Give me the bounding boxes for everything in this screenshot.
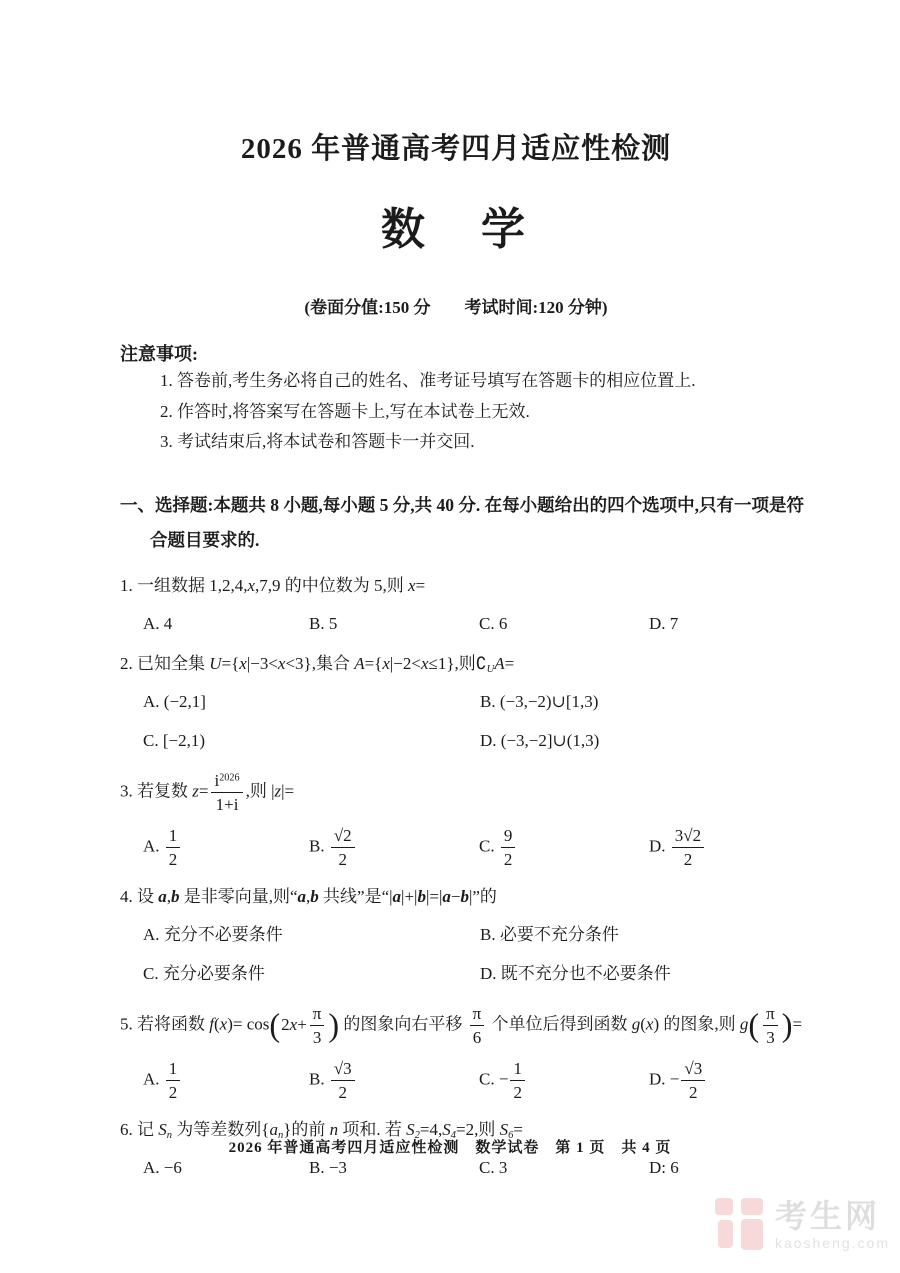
exam-meta: (卷面分值:150 分 考试时间:120 分钟) — [120, 293, 792, 318]
question-1-option-c: C. 6 — [479, 612, 649, 636]
notice-item-1: 1. 答卷前,考生务必将自己的姓名、准考证号填写在答题卡的相应位置上. — [120, 366, 792, 397]
question-3-option-c: C. 92 — [479, 826, 649, 869]
question-5-option-b: B. √32 — [309, 1059, 479, 1102]
watermark: 考生网 kaosheng.com — [715, 1198, 890, 1252]
question-1-option-d: D. 7 — [649, 612, 792, 636]
question-3-option-d: D. 3√22 — [649, 826, 792, 869]
question-2: 2. 已知全集 U={x|−3<x<3},集合 A={x|−2<x≤1},则∁U… — [120, 652, 792, 753]
question-5-option-d: D. −√32 — [649, 1059, 792, 1102]
question-3-stem: 3. 若复数 z=i20261+i,则 |z|= — [120, 769, 792, 816]
question-4-option-a: A. 充分不必要条件 — [143, 923, 480, 947]
notice-item-2: 2. 作答时,将答案写在答题卡上,写在本试卷上无效. — [120, 397, 792, 428]
question-1-stem: 1. 一组数据 1,2,4,x,7,9 的中位数为 5,则 x= — [120, 574, 792, 598]
exam-title: 2026 年普通高考四月适应性检测 — [120, 0, 792, 167]
notice-item-3: 3. 考试结束后,将本试卷和答题卡一并交回. — [120, 427, 792, 458]
subject-title: 数 学 — [120, 193, 792, 257]
question-5-option-a: A. 12 — [143, 1059, 309, 1102]
question-5-option-c: C. −12 — [479, 1059, 649, 1102]
question-2-option-d: D. (−3,−2]∪(1,3) — [480, 729, 792, 753]
question-6-option-a: A. −6 — [143, 1156, 309, 1180]
notice-heading: 注意事项: — [120, 340, 792, 366]
question-6-options: A. −6 B. −3 C. 3 D: 6 — [120, 1156, 792, 1180]
question-5: 5. 若将函数 f(x)= cos2x+π3 的图象向右平移 π6 个单位后得到… — [120, 1002, 792, 1102]
question-2-stem: 2. 已知全集 U={x|−3<x<3},集合 A={x|−2<x≤1},则∁U… — [120, 652, 792, 676]
question-4-option-c: C. 充分必要条件 — [143, 962, 480, 986]
question-4-option-d: D. 既不充分也不必要条件 — [480, 962, 792, 986]
question-2-option-b: B. (−3,−2)∪[1,3) — [480, 690, 792, 714]
question-3-option-b: B. √22 — [309, 826, 479, 869]
exam-content: 2026 年普通高考四月适应性检测 数 学 (卷面分值:150 分 考试时间:1… — [0, 0, 900, 1180]
question-1-options: A. 4 B. 5 C. 6 D. 7 — [120, 612, 792, 636]
watermark-text: 考生网 kaosheng.com — [775, 1200, 890, 1251]
question-1-option-a: A. 4 — [143, 612, 309, 636]
section-heading-line2: 合题目要求的. — [120, 523, 792, 558]
kaosheng-logo-icon — [715, 1198, 765, 1252]
question-2-option-a: A. (−2,1] — [143, 690, 480, 714]
notice-section: 注意事项: 1. 答卷前,考生务必将自己的姓名、准考证号填写在答题卡的相应位置上… — [120, 340, 792, 458]
question-4-option-b: B. 必要不充分条件 — [480, 923, 792, 947]
question-4: 4. 设 a,b 是非零向量,则“a,b 共线”是“|a|+|b|=|a−b|”… — [120, 885, 792, 986]
section-heading-line1: 一、选择题:本题共 8 小题,每小题 5 分,共 40 分. 在每小题给出的四个… — [120, 488, 792, 523]
question-2-options: A. (−2,1] B. (−3,−2)∪[1,3) C. [−2,1) D. … — [120, 690, 792, 753]
question-3: 3. 若复数 z=i20261+i,则 |z|= A. 12 B. √22 C.… — [120, 769, 792, 869]
question-4-stem: 4. 设 a,b 是非零向量,则“a,b 共线”是“|a|+|b|=|a−b|”… — [120, 885, 792, 909]
question-4-options: A. 充分不必要条件 B. 必要不充分条件 C. 充分必要条件 D. 既不充分也… — [120, 923, 792, 986]
question-5-options: A. 12 B. √32 C. −12 D. −√32 — [120, 1059, 792, 1102]
watermark-site-name: 考生网 — [775, 1200, 890, 1232]
section-1-heading: 一、选择题:本题共 8 小题,每小题 5 分,共 40 分. 在每小题给出的四个… — [120, 488, 792, 558]
question-5-stem: 5. 若将函数 f(x)= cos2x+π3 的图象向右平移 π6 个单位后得到… — [120, 1002, 792, 1049]
question-6-option-b: B. −3 — [309, 1156, 479, 1180]
exam-page: 2026 年普通高考四月适应性检测 数 学 (卷面分值:150 分 考试时间:1… — [0, 0, 900, 1273]
question-1-option-b: B. 5 — [309, 612, 479, 636]
question-6-option-c: C. 3 — [479, 1156, 649, 1180]
page-footer: 2026 年普通高考四月适应性检测 数学试卷 第 1 页 共 4 页 — [0, 1136, 900, 1157]
watermark-site-domain: kaosheng.com — [775, 1235, 890, 1251]
question-3-options: A. 12 B. √22 C. 92 D. 3√22 — [120, 826, 792, 869]
question-3-option-a: A. 12 — [143, 826, 309, 869]
question-1: 1. 一组数据 1,2,4,x,7,9 的中位数为 5,则 x= A. 4 B.… — [120, 574, 792, 636]
question-6-option-d: D: 6 — [649, 1156, 792, 1180]
question-2-option-c: C. [−2,1) — [143, 729, 480, 753]
